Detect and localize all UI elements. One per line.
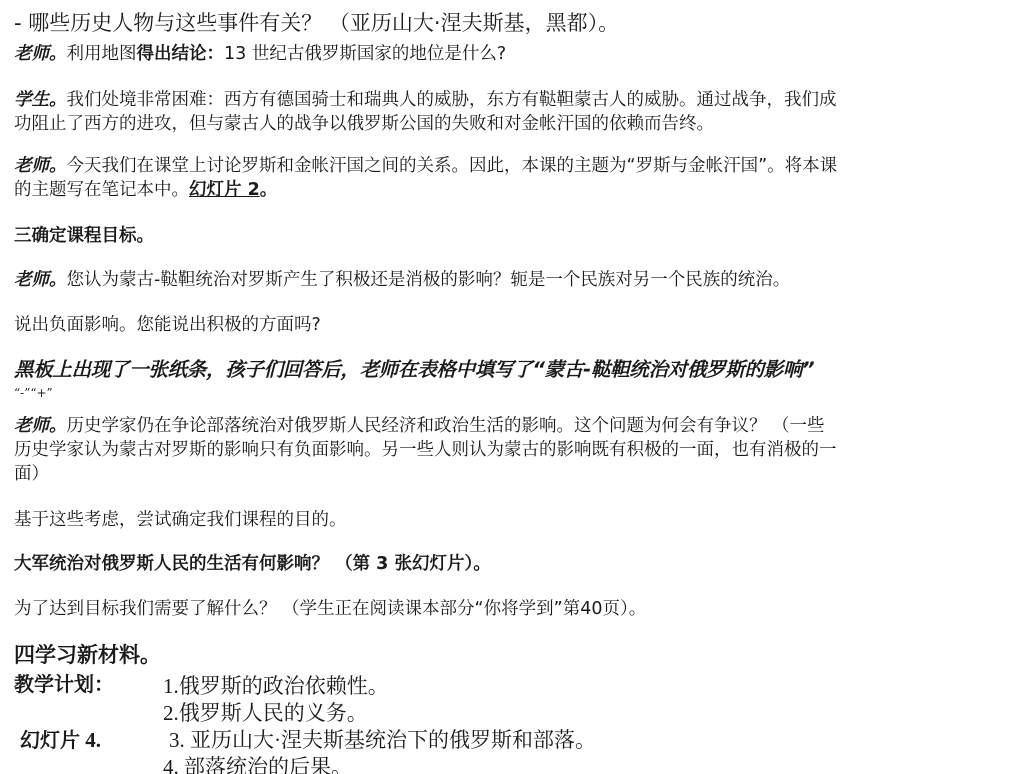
slide-label-text: 幻灯片 xyxy=(20,728,80,752)
slide-2-link[interactable]: 幻灯片 2 xyxy=(189,180,260,200)
text: 您认为蒙古-鞑靼统治对罗斯产生了积极还是消极的影响？轭是一个民族对另一个民族的统… xyxy=(67,270,791,290)
plan-item-1: 1.俄罗斯的政治依赖性。 xyxy=(163,673,389,699)
text: 的主题写在笔记本中。 xyxy=(14,180,189,200)
bold-text: 得出结论： xyxy=(137,44,225,64)
text: 利用地图 xyxy=(67,44,137,64)
lesson-question-slide-3: 大军统治对俄罗斯人民的生活有何影响？ （第 3 张幻灯片）。 xyxy=(14,552,491,576)
lesson-plan-label: 教学计划： xyxy=(14,672,114,696)
paragraph-name-impacts: 说出负面影响。您能说出积极的方面吗? xyxy=(14,313,321,337)
paragraph-historians-line-2: 历史学家认为蒙古对罗斯的影响只有负面影响。另一些人则认为蒙古的影响既有积极的一面… xyxy=(14,438,837,462)
plan-item-2: 2.俄罗斯人民的义务。 xyxy=(163,700,368,726)
plan-item-4: 4. 部落统治的后果。 xyxy=(163,754,352,774)
blackboard-note-heading: 黑板上出现了一张纸条，孩子们回答后，老师在表格中填写了“蒙古-鞑靼统治对俄罗斯的… xyxy=(14,358,814,382)
paragraph-student-answer-line-1: 学生。我们处境非常困难：西方有德国骑士和瑞典人的威胁，东方有鞑靼蒙古人的威胁。通… xyxy=(14,88,837,112)
paragraph-teacher-yoke-question: 老师。您认为蒙古-鞑靼统治对罗斯产生了积极还是消极的影响？轭是一个民族对另一个民… xyxy=(14,268,790,292)
plan-item-3: 3. 亚历山大·涅夫斯基统治下的俄罗斯和部落。 xyxy=(169,727,596,753)
speaker-label: 学生。 xyxy=(14,90,67,110)
paragraph-historians-line-3: 面） xyxy=(14,462,49,486)
slide-label-number: 4. xyxy=(80,728,101,752)
paragraph-student-answer-line-2: 功阻止了西方的进攻，但与蒙古人的战争以俄罗斯公国的失败和对金帐汗国的依赖而告终。 xyxy=(14,112,714,136)
section-heading-3: 三确定课程目标。 xyxy=(14,224,154,248)
text: 。 xyxy=(260,180,278,200)
minus-plus-quotes: “-”“+” xyxy=(14,386,53,400)
paragraph-teacher-conclusion: 老师。利用地图得出结论：13 世纪古俄罗斯国家的地位是什么? xyxy=(14,42,506,66)
text: 我们处境非常困难：西方有德国骑士和瑞典人的威胁，东方有鞑靼蒙古人的威胁。通过战争… xyxy=(67,90,837,110)
paragraph-teacher-topic-line-2: 的主题写在笔记本中。幻灯片 2。 xyxy=(14,178,277,202)
text: 今天我们在课堂上讨论罗斯和金帐汗国之间的关系。因此，本课的主题为“罗斯与金帐汗国… xyxy=(67,156,838,176)
speaker-label: 老师。 xyxy=(14,416,67,436)
paragraph-historians-line-1: 老师。历史学家仍在争论部落统治对俄罗斯人民经济和政治生活的影响。这个问题为何会有… xyxy=(14,414,825,438)
question-historical-figures: - 哪些历史人物与这些事件有关？ （亚历山大·涅夫斯基，黑都）。 xyxy=(14,10,619,36)
speaker-label: 老师。 xyxy=(14,270,67,290)
text: 13 世纪古俄罗斯国家的地位是什么? xyxy=(224,44,506,64)
paragraph-teacher-topic-line-1: 老师。今天我们在课堂上讨论罗斯和金帐汗国之间的关系。因此，本课的主题为“罗斯与金… xyxy=(14,154,837,178)
speaker-label: 老师。 xyxy=(14,44,67,64)
paragraph-what-to-know: 为了达到目标我们需要了解什么？ （学生正在阅读课本部分“你将学到”第40页）。 xyxy=(14,597,646,621)
speaker-label: 老师。 xyxy=(14,156,67,176)
slide-4-label: 幻灯片 4. xyxy=(20,727,101,754)
text: 历史学家仍在争论部落统治对俄罗斯人民经济和政治生活的影响。这个问题为何会有争议？… xyxy=(67,416,825,436)
paragraph-determine-purpose: 基于这些考虑，尝试确定我们课程的目的。 xyxy=(14,508,347,532)
section-heading-4: 四学习新材料。 xyxy=(14,643,161,667)
